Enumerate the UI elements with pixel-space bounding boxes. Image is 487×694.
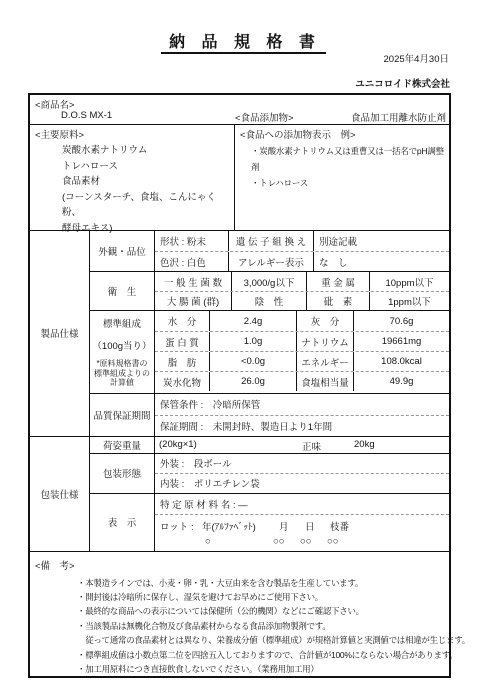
table-row: 保管条件 : 冷暗所保管 [155,394,449,415]
packaging-spec-section: 包装仕様 荷姿重量 (20kg×1) 正味 20kg [30,436,449,551]
product-spec-section: 製品仕様 外観・品位 形状 : 粉末 遺 伝 子 組 換 え 別途記載 色沢 :… [30,230,449,436]
additive-display-cell: <食品への添加物表示 例> ・炭酸水素ナトリウム又は重曹又は一括名でpH調整剤 … [235,125,449,230]
nutrient-value: 70.6g [354,311,449,331]
lot-day-mark: ○○ [300,536,311,547]
remark-line: ・最終的な商品への表示については保健所（公的機関）などにご確認下さい。 [35,604,449,618]
arsenic-label: 砒 素 [307,292,370,310]
warranty-group: 品質保証期間 保管条件 : 冷暗所保管 保証期間 : 未開封時、製造日より1年間 [90,393,449,436]
raw-materials-label: <主要原料> [35,128,234,143]
product-section: <商品名> D.O.S MX-1 <食品添加物> 食品加工用離水防止剤 [30,95,449,124]
gmo-value: 別途記載 [314,231,449,251]
weight-group: 荷姿重量 (20kg×1) 正味 20kg [90,437,449,453]
warranty-period: 保証期間 : 未開封時、製造日より1年間 [155,416,449,436]
lot-year: 年(ｱﾙﾌｧﾍﾞｯﾄ) [202,519,256,533]
lot-month: 月 [279,519,289,533]
remarks-label: <備 考> [35,558,449,572]
storage-condition: 保管条件 : 冷暗所保管 [155,394,449,415]
appearance-label: 外観・品位 [90,231,155,271]
additive-display-label: <食品への添加物表示 例> [240,128,449,143]
composition-note: *原料規格書の標準組成よりの計算値 [93,359,151,388]
table-row: 内装 : ポリエチレン袋 [155,473,449,493]
nutrient-name: ナトリウム [297,332,354,351]
remark-line: ・開封後は冷暗所に保存し、湿気を避けてお早めにご使用下さい。 [35,590,449,604]
raw-material-item: (コーンスターチ、食塩、こんにゃく粉、 [35,190,234,221]
remark-line: ・当該製品は無機化合物及び食品素材からなる食品添加物製剤です。 [35,619,449,633]
net-label: 正味 [302,439,321,453]
plate-count-label: 一 般 生 菌 数 [155,272,232,291]
package-form-label: 包装形態 [90,454,155,493]
remark-line: ・加工用原料につき直接飲食しないでください。（業務用加工用） [35,662,449,676]
remark-line: ・本製造ラインでは、小麦・卵・乳・大豆由来を含む製品を生産しています。 [35,576,449,590]
nutrient-value: <0.0g [210,352,297,371]
issue-date: 2025年4月30日 [384,51,449,65]
table-row: 水 分 2.4g 灰 分 70.6g [155,311,449,331]
shape-cell: 形状 : 粉末 [155,231,229,251]
additive-display-item: ・トレハロース [240,175,449,191]
remark-line: ・標準組成値は小数点第二位を四捨五入しておりますので、合計値が100%にならない… [35,648,449,662]
specified-ingredients: 特 定 原 材 料 名 : ― [155,494,449,514]
table-row: 一 般 生 菌 数 3,000/g以下 重 金 属 10ppm以下 [155,272,449,291]
packaging-spec-label: 包装仕様 [30,437,90,551]
table-row: 特 定 原 材 料 名 : ― [155,494,449,514]
plate-count-value: 3,000/g以下 [232,272,307,291]
lot-branch: 枝番 [330,519,349,533]
coliform-value: 陰 性 [232,292,307,310]
nutrient-name: 灰 分 [297,311,354,331]
gmo-label: 遺 伝 子 組 換 え [229,231,314,251]
nutrient-name: 食塩相当量 [297,372,354,391]
product-name-label: <商品名> [35,97,449,111]
lot-label: ロット : [160,519,194,533]
page-title: 納 品 規 格 書 [0,29,487,52]
arsenic-value: 1ppm以下 [370,292,449,310]
inner-package: 内装 : ポリエチレン袋 [155,474,449,493]
hygiene-group: 衛 生 一 般 生 菌 数 3,000/g以下 重 金 属 10ppm以下 大 … [90,271,449,310]
outer-package: 外装 : 段ボール [155,454,449,473]
food-additive-value: 食品加工用離水防止剤 [351,110,446,124]
composition-label: 標準組成 （100g当り） *原料規格書の標準組成よりの計算値 [90,311,155,393]
allergy-value: な し [314,252,449,271]
table-row: 保証期間 : 未開封時、製造日より1年間 [155,415,449,436]
heavy-metal-label: 重 金 属 [307,272,370,291]
delivery-spec-sheet: 納 品 規 格 書 2025年4月30日 ユニコロイド株式会社 <商品名> D.… [0,0,487,694]
materials-section: <主要原料> 炭酸水素ナトリウム トレハロース 食品素材 (コーンスターチ、食塩… [30,124,449,230]
nutrient-value: 1.0g [210,332,297,351]
raw-material-item: 食品素材 [35,174,234,190]
nutrient-value: 19661mg [354,332,449,351]
raw-material-item: トレハロース [35,159,234,175]
table-row: 脂 肪 <0.0g エネルギー 108.0kcal [155,351,449,371]
food-additive-label: <食品添加物> [235,110,294,124]
package-form-group: 包装形態 外装 : 段ボール 内装 : ポリエチレン袋 [90,453,449,493]
lot-number-block: ロット : 年(ｱﾙﾌｧﾍﾞｯﾄ) 月 日 枝番 ○ ○○ ○○ ○○ [155,515,449,551]
table-row: 色沢 : 白色 アレルギー表示 な し [155,251,449,271]
nutrient-value: 26.0g [210,372,297,391]
document-table: <商品名> D.O.S MX-1 <食品添加物> 食品加工用離水防止剤 <主要原… [28,93,451,678]
product-spec-label: 製品仕様 [30,231,90,436]
nutrient-name: 蛋 白 質 [155,332,210,351]
lot-year-mark: ○ [205,536,211,547]
table-row: (20kg×1) 正味 20kg [155,437,449,453]
table-row: 形状 : 粉末 遺 伝 子 組 換 え 別途記載 [155,231,449,251]
nutrient-name: 脂 肪 [155,352,210,371]
color-cell: 色沢 : 白色 [155,252,229,271]
composition-basis: （100g当り） [92,338,151,352]
additive-display-item: ・炭酸水素ナトリウム又は重曹又は一括名でpH調整剤 [240,143,449,175]
allergy-label: アレルギー表示 [229,252,314,271]
lot-branch-mark: ○○ [327,536,338,547]
gross-weight: (20kg×1) [159,439,197,450]
warranty-label: 品質保証期間 [90,394,155,436]
weight-detail-cell: (20kg×1) 正味 20kg [155,437,449,453]
remarks-section: <備 考> ・本製造ラインでは、小麦・卵・乳・大豆由来を含む製品を生産しています… [30,551,449,676]
table-row: 炭水化物 26.0g 食塩相当量 49.9g [155,371,449,391]
table-row: 外装 : 段ボール [155,454,449,473]
lot-day: 日 [305,519,315,533]
nutrient-name: エネルギー [297,352,354,371]
nutrient-name: 水 分 [155,311,210,331]
composition-group: 標準組成 （100g当り） *原料規格書の標準組成よりの計算値 水 分 2.4g… [90,310,449,393]
lot-month-mark: ○○ [273,536,284,547]
product-name-line: D.O.S MX-1 <食品添加物> 食品加工用離水防止剤 [30,110,449,123]
company-name: ユニコロイド株式会社 [355,76,450,90]
table-row: 大 腸 菌 (群) 陰 性 砒 素 1ppm以下 [155,291,449,310]
remark-line: 従って通常の食品素材とは異なり、栄養成分値（標準組成）が規格計算値と実測値では相… [35,633,449,647]
raw-material-item: 炭酸水素ナトリウム [35,143,234,159]
labeling-group: 表 示 特 定 原 材 料 名 : ― ロット : 年(ｱﾙﾌｧﾍﾞｯﾄ) 月 … [90,493,449,551]
nutrient-value: 49.9g [354,372,449,391]
nutrient-name: 炭水化物 [155,372,210,391]
table-row: ロット : 年(ｱﾙﾌｧﾍﾞｯﾄ) 月 日 枝番 ○ ○○ ○○ ○○ [155,514,449,551]
net-value: 20kg [354,439,375,450]
hygiene-label: 衛 生 [90,272,155,310]
nutrient-value: 108.0kcal [354,352,449,371]
appearance-group: 外観・品位 形状 : 粉末 遺 伝 子 組 換 え 別途記載 色沢 : 白色 ア… [90,231,449,271]
composition-title: 標準組成 [103,316,141,330]
raw-materials-cell: <主要原料> 炭酸水素ナトリウム トレハロース 食品素材 (コーンスターチ、食塩… [30,125,235,230]
table-row: 蛋 白 質 1.0g ナトリウム 19661mg [155,331,449,351]
weight-label: 荷姿重量 [90,437,155,453]
labeling-label: 表 示 [90,494,155,551]
coliform-label: 大 腸 菌 (群) [155,292,232,310]
product-name: D.O.S MX-1 [61,110,112,121]
nutrient-value: 2.4g [210,311,297,331]
heavy-metal-value: 10ppm以下 [370,272,449,291]
page-title-text: 納 品 規 格 書 [161,34,326,54]
